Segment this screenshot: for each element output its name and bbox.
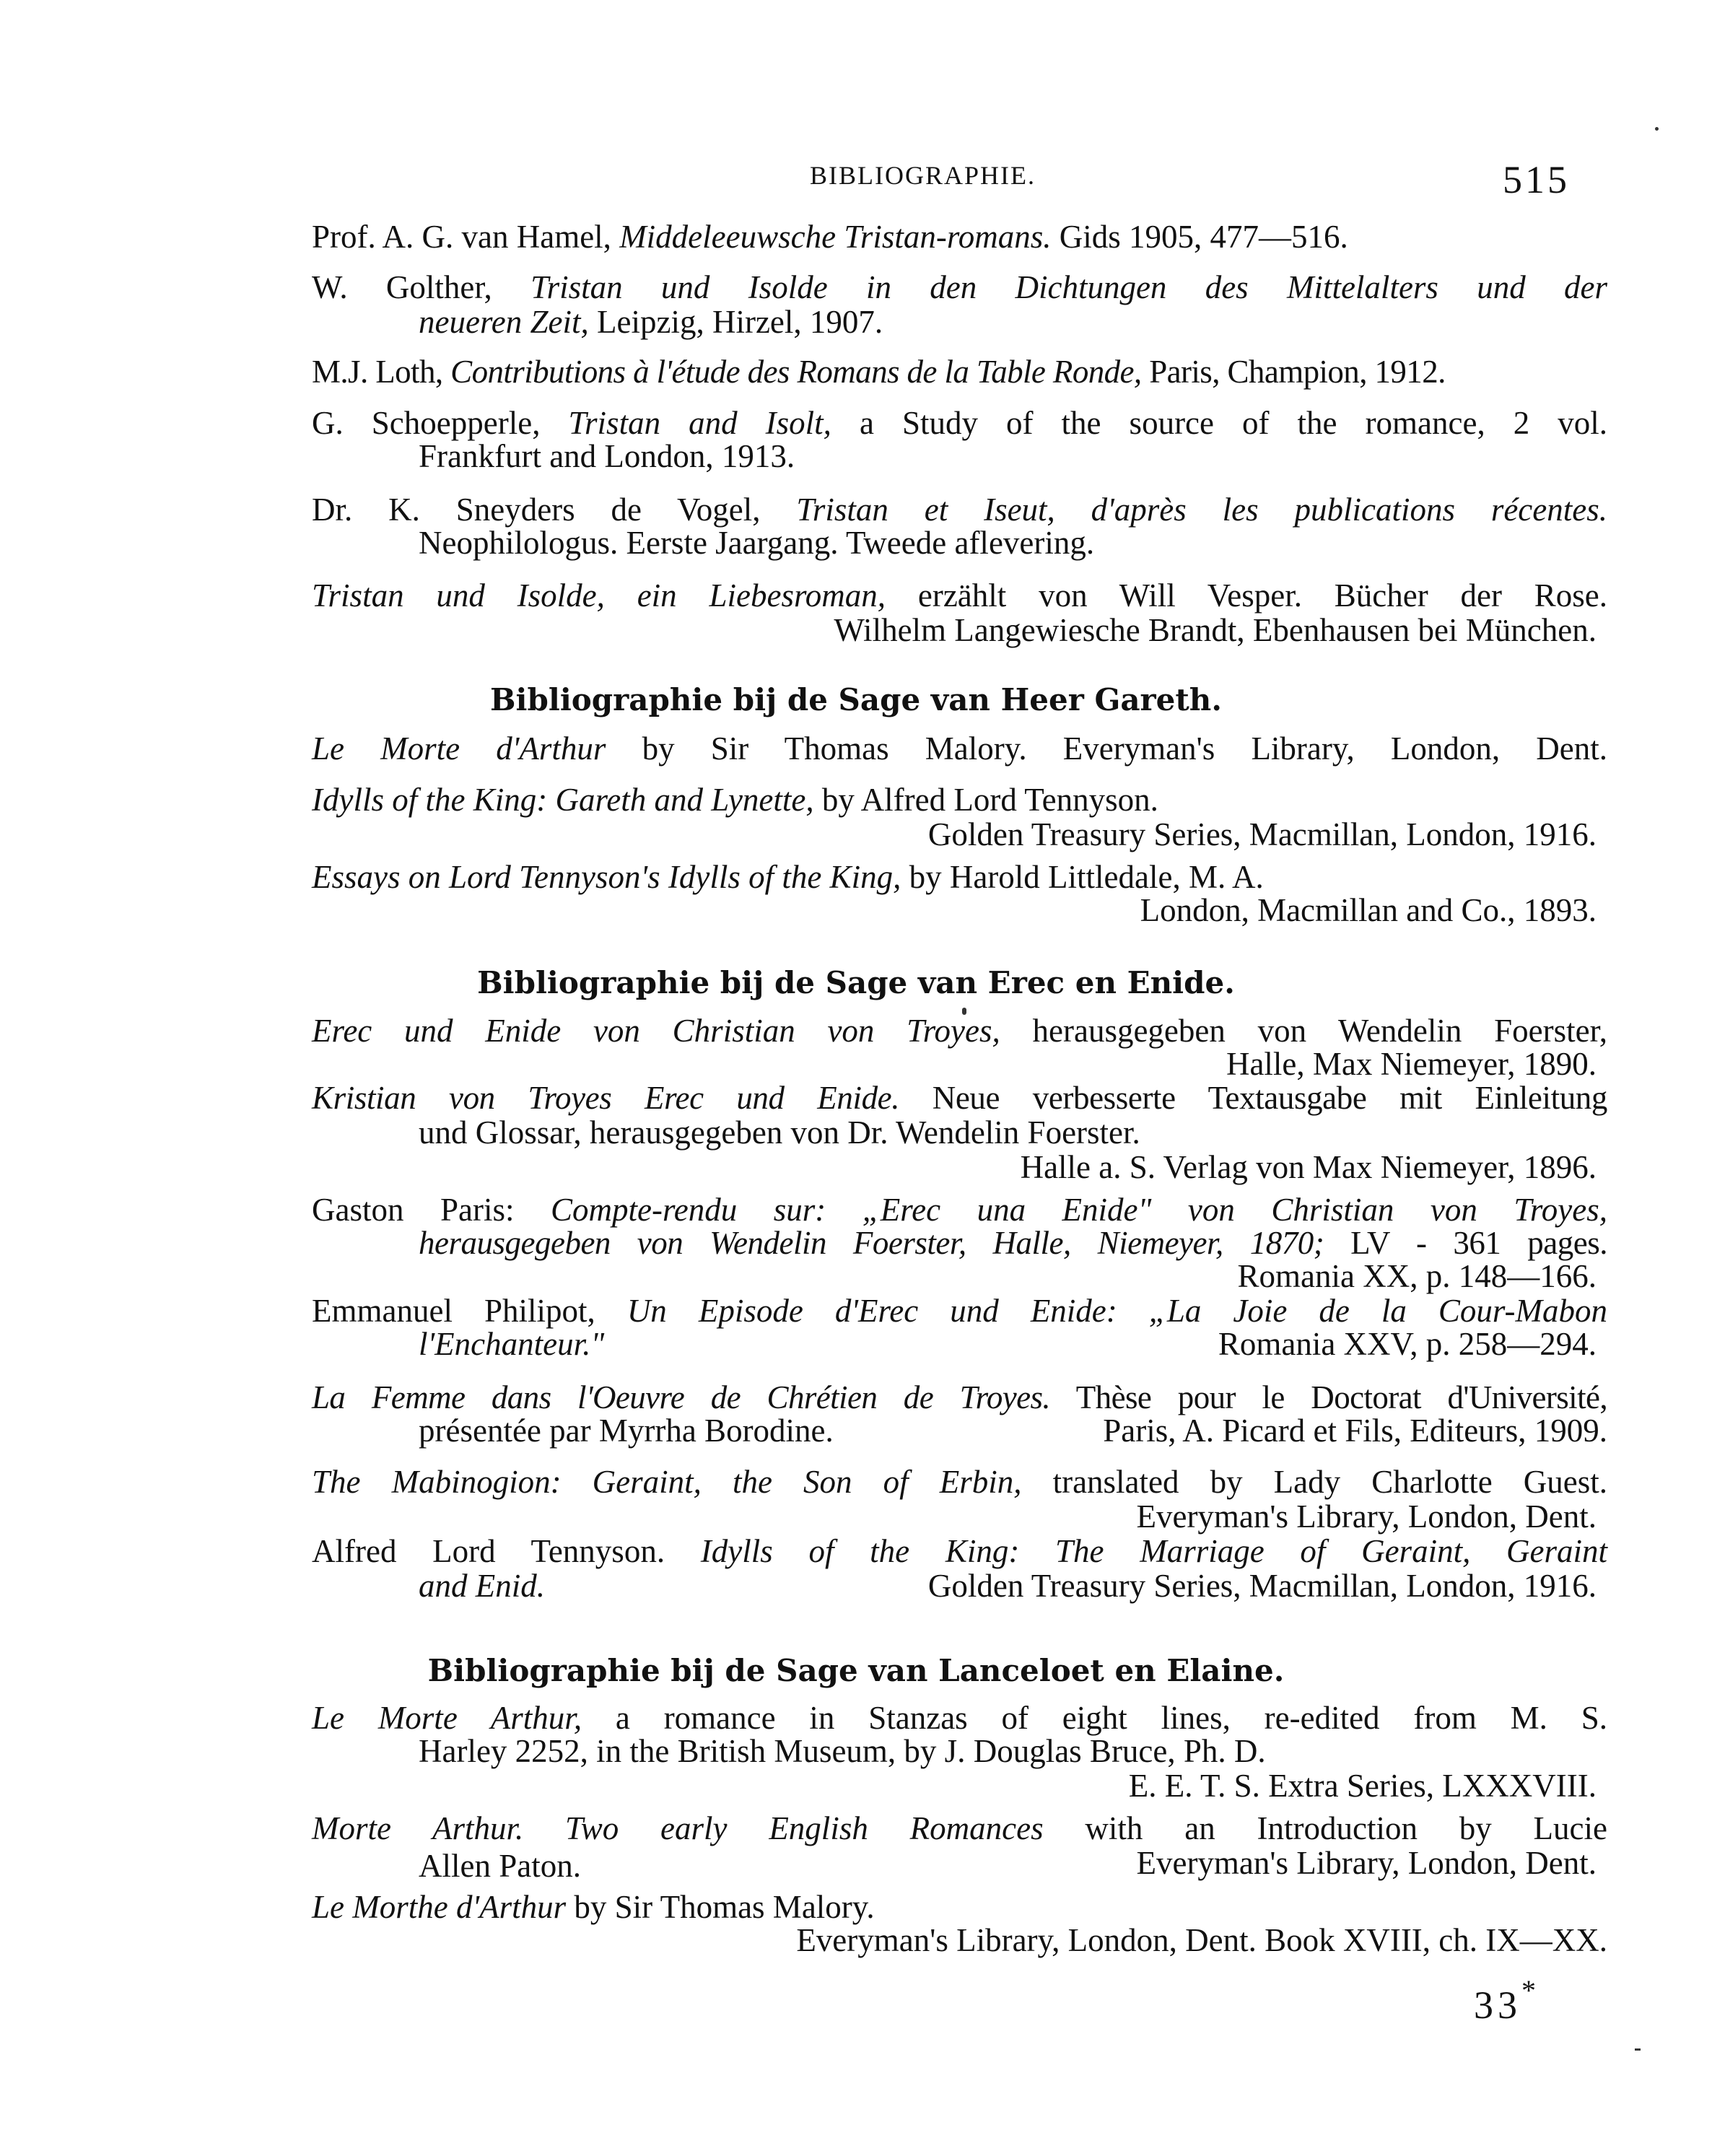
bib-entry-littledale: Essays on Lord Tennyson's Idylls of the … [312, 861, 1264, 894]
section-heading-lanceloet: Bibliographie bij de Sage van Lanceloet … [0, 1653, 1712, 1688]
entry-details: Leipzig, Hirzel, 1907. [597, 304, 883, 340]
bib-entry-morte-arthur-stanzas-cont2: E. E. T. S. Extra Series, LXXXVIII. [1129, 1770, 1597, 1802]
bib-entry-vesper-cont: Wilhelm Langewiesche Brandt, Ebenhausen … [834, 614, 1597, 647]
bib-entry-morte-darthur: Le Morte d'Arthur by Sir Thomas Malory. … [312, 733, 1607, 765]
bib-entry-sneyders: Dr. K. Sneyders de Vogel, Tristan et Ise… [312, 494, 1607, 526]
bib-entry-golther: W. Golther, Tristan und Isolde in den Di… [312, 271, 1607, 304]
bib-entry-idylls-gareth: Idylls of the King: Gareth and Lynette, … [312, 784, 1158, 816]
entry-details: by Sir Thomas Malory. [574, 1889, 874, 1925]
bib-entry-two-early-romances: Morte Arthur. Two early English Romances… [312, 1812, 1607, 1845]
bib-entry-littledale-cont: London, Macmillan and Co., 1893. [1140, 894, 1597, 927]
entry-details: erzählt von Will Vesper. Bücher der Rose… [918, 577, 1607, 614]
entry-author: Emmanuel Philipot, [312, 1293, 595, 1329]
entry-title: Essays on Lord Tennyson's Idylls of the … [312, 859, 901, 895]
entry-author: Dr. K. Sneyders de Vogel, [312, 492, 760, 528]
bib-entry-mabinogion: The Mabinogion: Geraint, the Son of Erbi… [312, 1466, 1607, 1498]
signature-number: 33 [1474, 1983, 1521, 2027]
bib-entry-philipot: Emmanuel Philipot, Un Episode d'Erec und… [312, 1295, 1607, 1327]
entry-title: Le Morte d'Arthur [312, 730, 606, 767]
entry-title-cont: neueren Zeit, [419, 304, 589, 340]
bib-entry-loth: M.J. Loth, Contributions à l'étude des R… [312, 356, 1446, 388]
bib-entry-philipot-ref: Romania XXV, p. 258—294. [1218, 1328, 1597, 1361]
bib-entry-kristian-cont2: Halle a. S. Verlag von Max Niemeyer, 189… [1021, 1151, 1597, 1184]
entry-title: Idylls of the King: Gareth and Lynette, [312, 782, 814, 818]
bib-entry-tennyson-geraint-publisher: Golden Treasury Series, Macmillan, Londo… [928, 1570, 1597, 1602]
entry-author: M.J. Loth, [312, 354, 443, 390]
bib-entry-golther-cont: neueren Zeit, Leipzig, Hirzel, 1907. [419, 306, 883, 339]
entry-details: with an Introduction by Lucie [1085, 1810, 1607, 1846]
entry-details: by Sir Thomas Malory. Everyman's Library… [642, 730, 1607, 767]
entry-title: La Femme dans l'Oeuvre de Chrétien de Tr… [312, 1379, 1050, 1415]
entry-title: Compte-rendu sur: „Erec una Enide" von C… [551, 1192, 1607, 1228]
entry-author: W. Golther, [312, 269, 492, 305]
bib-entry-sneyders-cont: Neophilologus. Eerste Jaargang. Tweede a… [419, 527, 1094, 559]
bib-entry-tennyson-geraint-cont: and Enid. [419, 1570, 545, 1602]
bib-entry-schoepperle: G. Schoepperle, Tristan and Isolt, a Stu… [312, 407, 1607, 440]
bib-entry-mabinogion-cont: Everyman's Library, London, Dent. [1136, 1501, 1597, 1533]
bib-entry-gaston-paris: Gaston Paris: Compte-rendu sur: „Erec un… [312, 1194, 1607, 1226]
bib-entry-gaston-paris-cont2: Romania XX, p. 148—166. [1238, 1260, 1597, 1293]
bib-entry-vesper: Tristan und Isolde, ein Liebesroman, erz… [312, 580, 1607, 612]
bib-entry-van-hamel: Prof. A. G. van Hamel, Middeleeuwsche Tr… [312, 221, 1348, 253]
bib-entry-schoepperle-cont: Frankfurt and London, 1913. [419, 440, 795, 473]
bib-entry-borodine-cont: présentée par Myrrha Borodine. [419, 1415, 834, 1447]
entry-title: Tristan und Isolde in den Dichtungen des… [530, 269, 1607, 305]
entry-details: Neue verbesserte Textausgabe mit Einleit… [933, 1080, 1607, 1116]
signature-mark: 33* [1474, 1978, 1540, 2028]
running-head: BIBLIOGRAPHIE. [810, 160, 1036, 191]
entry-author: Prof. A. G. van Hamel, [312, 219, 611, 255]
bib-entry-idylls-gareth-cont: Golden Treasury Series, Macmillan, Londo… [928, 819, 1597, 851]
bib-entry-morte-arthur-stanzas-cont: Harley 2252, in the British Museum, by J… [419, 1735, 1266, 1768]
entry-author: Alfred Lord Tennyson. [312, 1533, 665, 1569]
bib-entry-tennyson-geraint: Alfred Lord Tennyson. Idylls of the King… [312, 1535, 1607, 1568]
print-speck [1655, 127, 1659, 131]
entry-title: Middeleeuwsche Tristan-romans. [619, 219, 1051, 255]
bib-entry-morthe-darthur-cont: Everyman's Library, London, Dent. Book X… [796, 1924, 1607, 1957]
bib-entry-borodine: La Femme dans l'Oeuvre de Chrétien de Tr… [312, 1382, 1607, 1414]
entry-title: Tristan and Isolt, [569, 405, 831, 441]
entry-details: a Study of the source of the romance, 2 … [860, 405, 1607, 441]
entry-title: Kristian von Troyes Erec und Enide. [312, 1080, 899, 1116]
entry-title: Le Morthe d'Arthur [312, 1889, 566, 1925]
bib-entry-philipot-cont: l'Enchanteur." [419, 1328, 604, 1361]
asterisk-icon: * [1521, 1974, 1540, 2007]
entry-title-cont: herausgegeben von Wendelin Foerster, Hal… [419, 1225, 1324, 1261]
entry-details: herausgegeben von Wendelin Foerster, [1033, 1013, 1608, 1049]
entry-details: Paris, Champion, 1912. [1149, 354, 1446, 390]
bib-entry-morthe-darthur: Le Morthe d'Arthur by Sir Thomas Malory. [312, 1891, 875, 1924]
entry-details: translated by Lady Charlotte Guest. [1053, 1464, 1607, 1500]
entry-title: Un Episode d'Erec und Enide: „La Joie de… [627, 1293, 1607, 1329]
bib-entry-erec-foerster: Erec und Enide von Christian von Troyes,… [312, 1015, 1607, 1047]
bib-entry-borodine-publisher: Paris, A. Picard et Fils, Editeurs, 1909… [1103, 1415, 1607, 1447]
entry-details: Gids 1905, 477—516. [1060, 219, 1348, 255]
entry-details: Thèse pour le Doctorat d'Université, [1076, 1379, 1607, 1415]
bib-entry-two-early-romances-cont: Allen Paton. [419, 1850, 581, 1882]
entry-details: by Harold Littledale, M. A. [909, 859, 1264, 895]
bib-entry-kristian: Kristian von Troyes Erec und Enide. Neue… [312, 1082, 1607, 1114]
entry-title: Erec und Enide von Christian von Troyes, [312, 1013, 1000, 1049]
bib-entry-two-early-romances-publisher: Everyman's Library, London, Dent. [1136, 1847, 1597, 1880]
bib-entry-kristian-cont: und Glossar, herausgegeben von Dr. Wende… [419, 1117, 1140, 1149]
section-heading-erec: Bibliographie bij de Sage van Erec en En… [0, 965, 1712, 1000]
entry-title: Idylls of the King: The Marriage of Gera… [701, 1533, 1607, 1569]
entry-title: Morte Arthur. Two early English Romances [312, 1810, 1044, 1846]
section-heading-gareth: Bibliographie bij de Sage van Heer Garet… [0, 682, 1712, 717]
entry-title: Tristan et Iseut, d'après les publicatio… [796, 492, 1607, 528]
entry-title: The Mabinogion: Geraint, the Son of Erbi… [312, 1464, 1021, 1500]
bib-entry-morte-arthur-stanzas: Le Morte Arthur, a romance in Stanzas of… [312, 1702, 1607, 1734]
bib-entry-gaston-paris-cont: herausgegeben von Wendelin Foerster, Hal… [419, 1227, 1607, 1260]
print-speck [1635, 2048, 1641, 2051]
entry-title: Contributions à l'étude des Romans de la… [450, 354, 1141, 390]
entry-title-cont: and Enid. [419, 1568, 545, 1604]
bib-entry-erec-foerster-cont: Halle, Max Niemeyer, 1890. [1226, 1048, 1597, 1081]
page-number: 515 [1503, 157, 1570, 202]
entry-title: Tristan und Isolde, ein Liebesroman, [312, 577, 886, 614]
entry-author: Gaston Paris: [312, 1192, 514, 1228]
entry-details: LV - 361 pages. [1350, 1225, 1607, 1261]
entry-author: G. Schoepperle, [312, 405, 540, 441]
entry-details: by Alfred Lord Tennyson. [822, 782, 1158, 818]
entry-title-cont: l'Enchanteur." [419, 1326, 604, 1362]
entry-title: Le Morte Arthur, [312, 1700, 582, 1736]
entry-details: a romance in Stanzas of eight lines, re-… [616, 1700, 1607, 1736]
